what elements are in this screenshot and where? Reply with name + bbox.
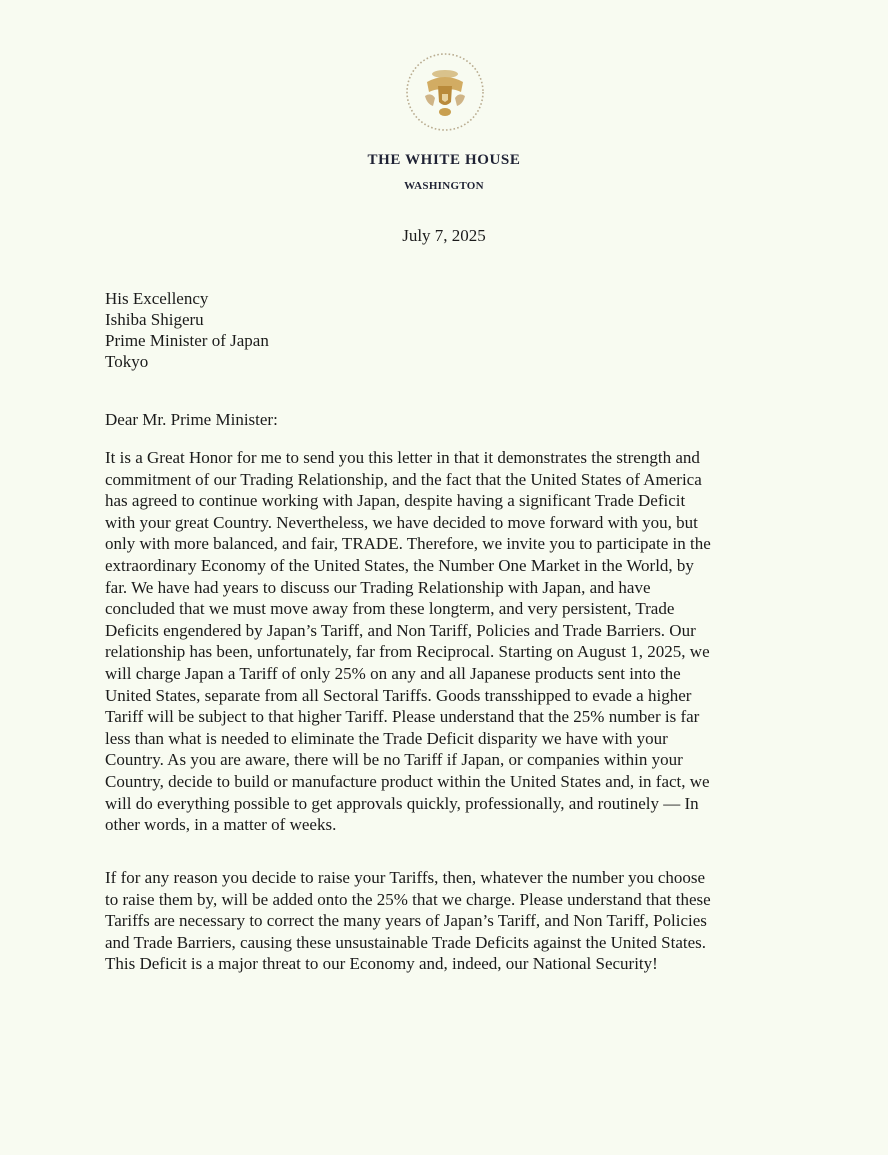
- recipient-address: His Excellency Ishiba Shigeru Prime Mini…: [105, 288, 269, 372]
- paragraph-line: to raise them by, will be added onto the…: [105, 889, 795, 911]
- paragraph-line: other words, in a matter of weeks.: [105, 814, 795, 836]
- body-paragraph: It is a Great Honor for me to send you t…: [105, 447, 795, 836]
- paragraph-line: concluded that we must move away from th…: [105, 598, 795, 620]
- paragraph-line: Country. As you are aware, there will be…: [105, 749, 795, 771]
- paragraph-line: commitment of our Trading Relationship, …: [105, 469, 795, 491]
- recipient-line: His Excellency: [105, 288, 269, 309]
- paragraph-line: has agreed to continue working with Japa…: [105, 490, 795, 512]
- letterhead-subtitle: WASHINGTON: [0, 180, 888, 192]
- paragraph-line: will charge Japan a Tariff of only 25% o…: [105, 663, 795, 685]
- paragraph-line: If for any reason you decide to raise yo…: [105, 867, 795, 889]
- paragraph-line: less than what is needed to eliminate th…: [105, 728, 795, 750]
- paragraph-line: relationship has been, unfortunately, fa…: [105, 641, 795, 663]
- paragraph-line: far. We have had years to discuss our Tr…: [105, 577, 795, 599]
- paragraph-line: Tariff will be subject to that higher Ta…: [105, 706, 795, 728]
- salutation: Dear Mr. Prime Minister:: [105, 410, 278, 430]
- paragraph-line: This Deficit is a major threat to our Ec…: [105, 953, 795, 975]
- body-paragraph: If for any reason you decide to raise yo…: [105, 867, 795, 975]
- paragraph-line: It is a Great Honor for me to send you t…: [105, 447, 795, 469]
- recipient-line: Tokyo: [105, 351, 269, 372]
- letter-page: THE WHITE HOUSE WASHINGTON July 7, 2025 …: [0, 0, 888, 1155]
- paragraph-line: United States, separate from all Sectora…: [105, 685, 795, 707]
- paragraph-line: will do everything possible to get appro…: [105, 793, 795, 815]
- paragraph-line: Deficits engendered by Japan’s Tariff, a…: [105, 620, 795, 642]
- presidential-seal-icon: [405, 52, 485, 132]
- recipient-line: Prime Minister of Japan: [105, 330, 269, 351]
- paragraph-line: Tariffs are necessary to correct the man…: [105, 910, 795, 932]
- paragraph-line: only with more balanced, and fair, TRADE…: [105, 533, 795, 555]
- paragraph-line: extraordinary Economy of the United Stat…: [105, 555, 795, 577]
- paragraph-line: with your great Country. Nevertheless, w…: [105, 512, 795, 534]
- letterhead-title: THE WHITE HOUSE: [0, 152, 888, 169]
- recipient-line: Ishiba Shigeru: [105, 309, 269, 330]
- paragraph-line: Country, decide to build or manufacture …: [105, 771, 795, 793]
- letter-date: July 7, 2025: [0, 226, 888, 246]
- paragraph-line: and Trade Barriers, causing these unsust…: [105, 932, 795, 954]
